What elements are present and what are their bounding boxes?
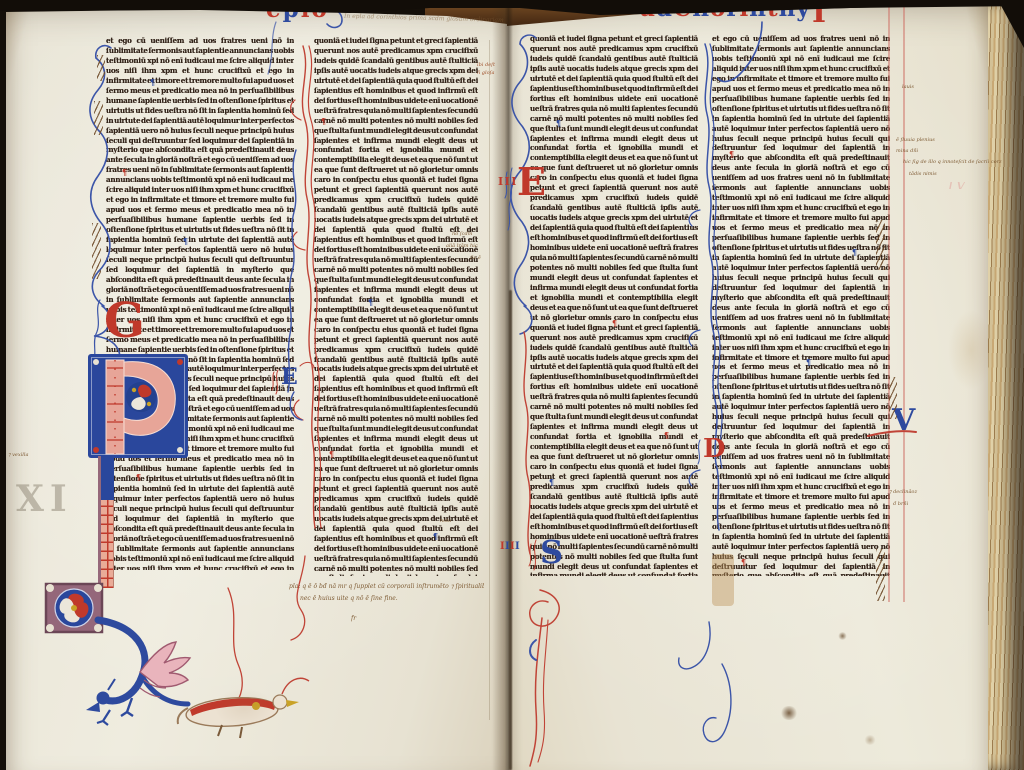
- initial-E-small: E: [281, 366, 298, 388]
- margin-tick-cluster: [876, 220, 885, 270]
- paraph-mark: ¶: [321, 116, 326, 126]
- paraph-mark: ¶: [556, 118, 561, 128]
- right-margin-note: mina dñi: [896, 148, 956, 154]
- left-page-crease: [489, 40, 490, 720]
- gutter-note-red: ñ gloſa: [477, 70, 503, 76]
- lower-gloss-line1: pla: q ē ō bđ nā mr q ſupplet cū corpora…: [289, 583, 484, 590]
- right-margin-note: tādis nimis: [909, 171, 979, 177]
- initial-E-red: E: [517, 163, 546, 201]
- chapter-numeral-iiii: I: [510, 542, 515, 552]
- chapter-numeral-iii: III: [498, 176, 518, 187]
- gutter-note: aliā lrām hic: [446, 243, 502, 249]
- right-margin-note: đ brñi: [893, 501, 943, 507]
- paraph-mark: ¶: [136, 472, 141, 482]
- paraph-mark: ¶: [852, 247, 857, 257]
- right-margin-note: lauis: [902, 84, 962, 90]
- gutter-note: ſic ē: [470, 255, 502, 261]
- gutter-fold-line: [509, 290, 512, 770]
- chapter-numeral-iiii: I: [505, 542, 510, 552]
- gutter-note-red: ibi deſt: [477, 62, 503, 68]
- chapter-numeral-iiii: I: [515, 542, 520, 552]
- paraph-mark: ¶: [612, 318, 617, 328]
- lower-gloss-line2: nec ē huius uite q nō ē ſine fine.: [300, 595, 415, 602]
- right-margin-note: ē fluuia plenius: [896, 137, 974, 143]
- margin-tick-cluster: [94, 101, 103, 135]
- faint-offset-numeral: 1V: [946, 182, 966, 189]
- manuscript-photo: e p l o a d C h o r i n t h y I et ego c…: [0, 0, 1024, 770]
- lower-gloss-mark: fr: [351, 615, 371, 622]
- paraph-mark: ¶: [368, 297, 373, 307]
- initial-S-blue: S: [540, 536, 563, 568]
- text-column-right-1: quoniā et iudei ſigna petunt et greci ſa…: [530, 34, 698, 576]
- gutter-note: nō ſcdm: [452, 231, 500, 237]
- initial-p-descender-brick: [98, 500, 114, 588]
- paraph-mark: ¶: [433, 531, 438, 541]
- initial-D-red: D: [703, 436, 726, 462]
- margin-tick-cluster: [889, 377, 897, 419]
- paraph-mark: ¶: [122, 167, 127, 177]
- margin-tick-cluster: [876, 549, 885, 601]
- text-column-left-2: quoniā et iudei ſigna petunt et greci ſa…: [314, 36, 478, 576]
- paraph-mark: ¶: [806, 357, 811, 367]
- paraph-mark: ¶: [329, 449, 334, 459]
- paraph-mark: ¶: [741, 557, 746, 567]
- paraph-mark: ¶: [664, 430, 669, 440]
- initial-p-descender-upper: [98, 456, 114, 502]
- text-column-right-2: et ego cū ueniſſem ad uos fratres ueni n…: [712, 34, 890, 576]
- ruling-line: [903, 2, 905, 602]
- margin-tick-cluster: [97, 55, 105, 81]
- initial-G: G: [104, 297, 145, 345]
- ruling-line: [888, 2, 890, 602]
- right-margin-note: hic ſig de illo q innoteſcit de ſacrii c…: [903, 159, 1018, 165]
- nota-mark: nota: [440, 518, 468, 524]
- paraph-mark: ¶: [549, 477, 554, 487]
- margin-tick-cluster: [92, 223, 101, 279]
- left-margin-note: ⁊ vexilla: [8, 452, 52, 458]
- right-margin-note: ⁊ declināoz: [889, 489, 969, 495]
- paraph-mark: ¶: [150, 77, 155, 87]
- dragon-bas-de-page: [40, 576, 310, 766]
- illuminated-initial-P: [88, 354, 188, 460]
- faint-quire-numeral: XI: [16, 478, 73, 520]
- paraph-mark: ¶: [183, 236, 188, 246]
- paraph-mark: ¶: [729, 149, 734, 159]
- chapter-numeral-iiii: I: [500, 542, 505, 552]
- page-fore-edge-stack: [986, 2, 1024, 770]
